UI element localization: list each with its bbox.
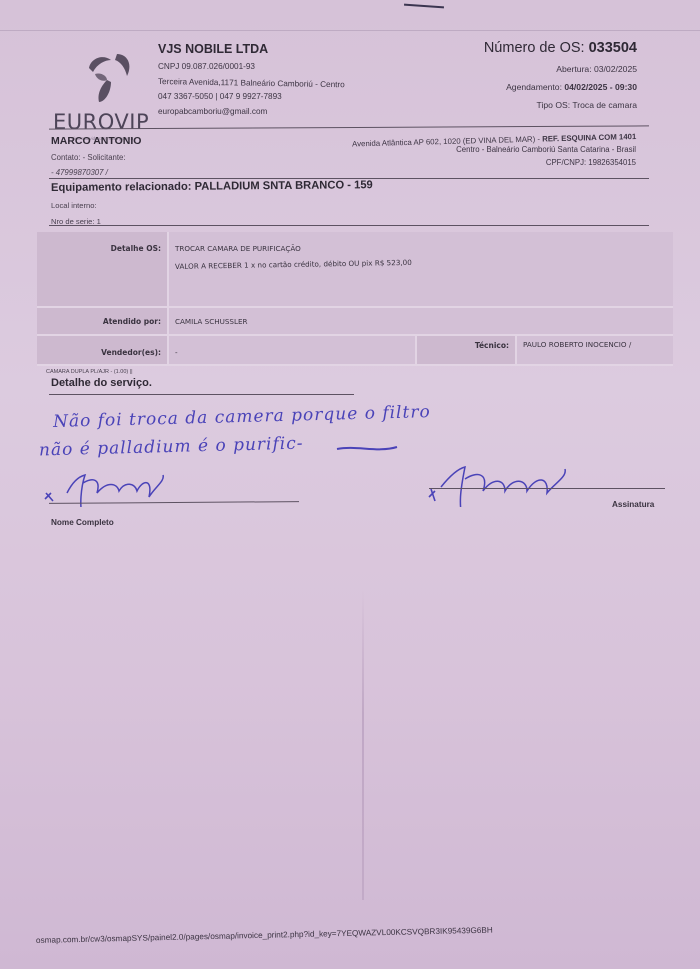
handwritten-signatures [37, 397, 673, 507]
service-order-sheet: EUROVIP Viva sua vida com mais pureza VJ… [37, 32, 673, 547]
os-number: Número de OS: 033504 [484, 40, 637, 56]
company-name: VJS NOBILE LTDA [158, 42, 345, 56]
detalhe-value: TROCAR CAMARA DE PURIFICAÇÃO VALOR A REC… [167, 232, 673, 306]
tecnico-value: PAULO ROBERTO INOCENCIO / [515, 336, 673, 364]
footer-url: osmap.com.br/cw3/osmapSYS/painel2.0/page… [36, 926, 493, 945]
signature-label: Assinatura [612, 500, 654, 509]
os-detail-table: Detalhe OS: TROCAR CAMARA DE PURIFICAÇÃO… [37, 232, 673, 366]
detail-row-atendido: Atendido por: CAMILA SCHUSSLER [37, 308, 673, 336]
os-schedule-value: 04/02/2025 - 09:30 [564, 82, 637, 92]
os-info: Número de OS: 033504 Abertura: 03/02/202… [484, 40, 637, 110]
equipment-info: Equipamento relacionado: PALLADIUM SNTA … [51, 182, 373, 226]
client-name: MARCO ANTONIO [51, 135, 141, 147]
handwritten-notes: Não foi troca da camera porque o filtro … [37, 397, 673, 507]
company-address: Terceira Avenida,1171 Balneário Camboriú… [158, 77, 345, 89]
client-address: Avenida Atlântica AP 602, 1020 (ED VINA … [352, 130, 636, 169]
service-item: CAMARA DUPLA PL/AJR - (1.00) || [46, 369, 133, 375]
pen-mark [404, 4, 444, 9]
vendedor-value: - [167, 336, 415, 364]
detail-row-detalhe: Detalhe OS: TROCAR CAMARA DE PURIFICAÇÃO… [37, 232, 673, 308]
os-number-value: 033504 [589, 40, 637, 56]
client-contact: Contato: - Solicitante: [51, 153, 141, 162]
os-opening: Abertura: 03/02/2025 [484, 64, 637, 74]
divider [49, 225, 649, 226]
tecnico-label: Técnico: [415, 336, 515, 364]
vendedor-label: Vendedor(es): [37, 336, 167, 364]
os-type: Tipo OS: Troca de camara [484, 100, 637, 110]
equipment-title: Equipamento relacionado: PALLADIUM SNTA … [51, 179, 373, 194]
os-schedule: Agendamento: 04/02/2025 - 09:30 [484, 82, 637, 92]
client-phone-value: - 47999870307 / [51, 168, 108, 177]
company-cnpj: CNPJ 09.087.026/0001-93 [158, 62, 345, 71]
atendido-label: Atendido por: [37, 308, 167, 334]
detalhe-line1: TROCAR CAMARA DE PURIFICAÇÃO [175, 244, 673, 253]
signature-line [429, 488, 665, 489]
equipment-local: Local interno: [51, 201, 373, 210]
client-cpf: CPF/CNPJ: 19826354015 [352, 156, 636, 169]
service-title: Detalhe do serviço. [51, 377, 152, 389]
company-info: VJS NOBILE LTDA CNPJ 09.087.026/0001-93 … [158, 42, 345, 116]
client-info: MARCO ANTONIO Contato: - Solicitante: - … [51, 135, 141, 177]
divider [49, 394, 354, 395]
detalhe-line2: VALOR A RECEBER 1 x no cartão crédito, d… [175, 253, 673, 271]
name-label: Nome Completo [51, 518, 114, 527]
atendido-value: CAMILA SCHUSSLER [167, 308, 673, 334]
os-number-label: Número de OS: [484, 40, 585, 56]
client-address-ref: REF. ESQUINA COM 1401 [542, 132, 636, 143]
client-phone: - 47999870307 / [51, 168, 141, 177]
detalhe-label: Detalhe OS: [37, 232, 167, 306]
logo-text: EUROVIP [53, 110, 149, 134]
company-phones: 047 3367-5050 | 047 9 9927-7893 [158, 92, 345, 101]
paper-crease [0, 30, 700, 31]
os-schedule-label: Agendamento: [506, 82, 562, 92]
company-email: europabcamboriu@gmail.com [158, 107, 345, 116]
detail-row-vendedor: Vendedor(es): - Técnico: PAULO ROBERTO I… [37, 336, 673, 366]
paper-fold [362, 590, 364, 900]
eurovip-drops-icon [81, 52, 135, 104]
